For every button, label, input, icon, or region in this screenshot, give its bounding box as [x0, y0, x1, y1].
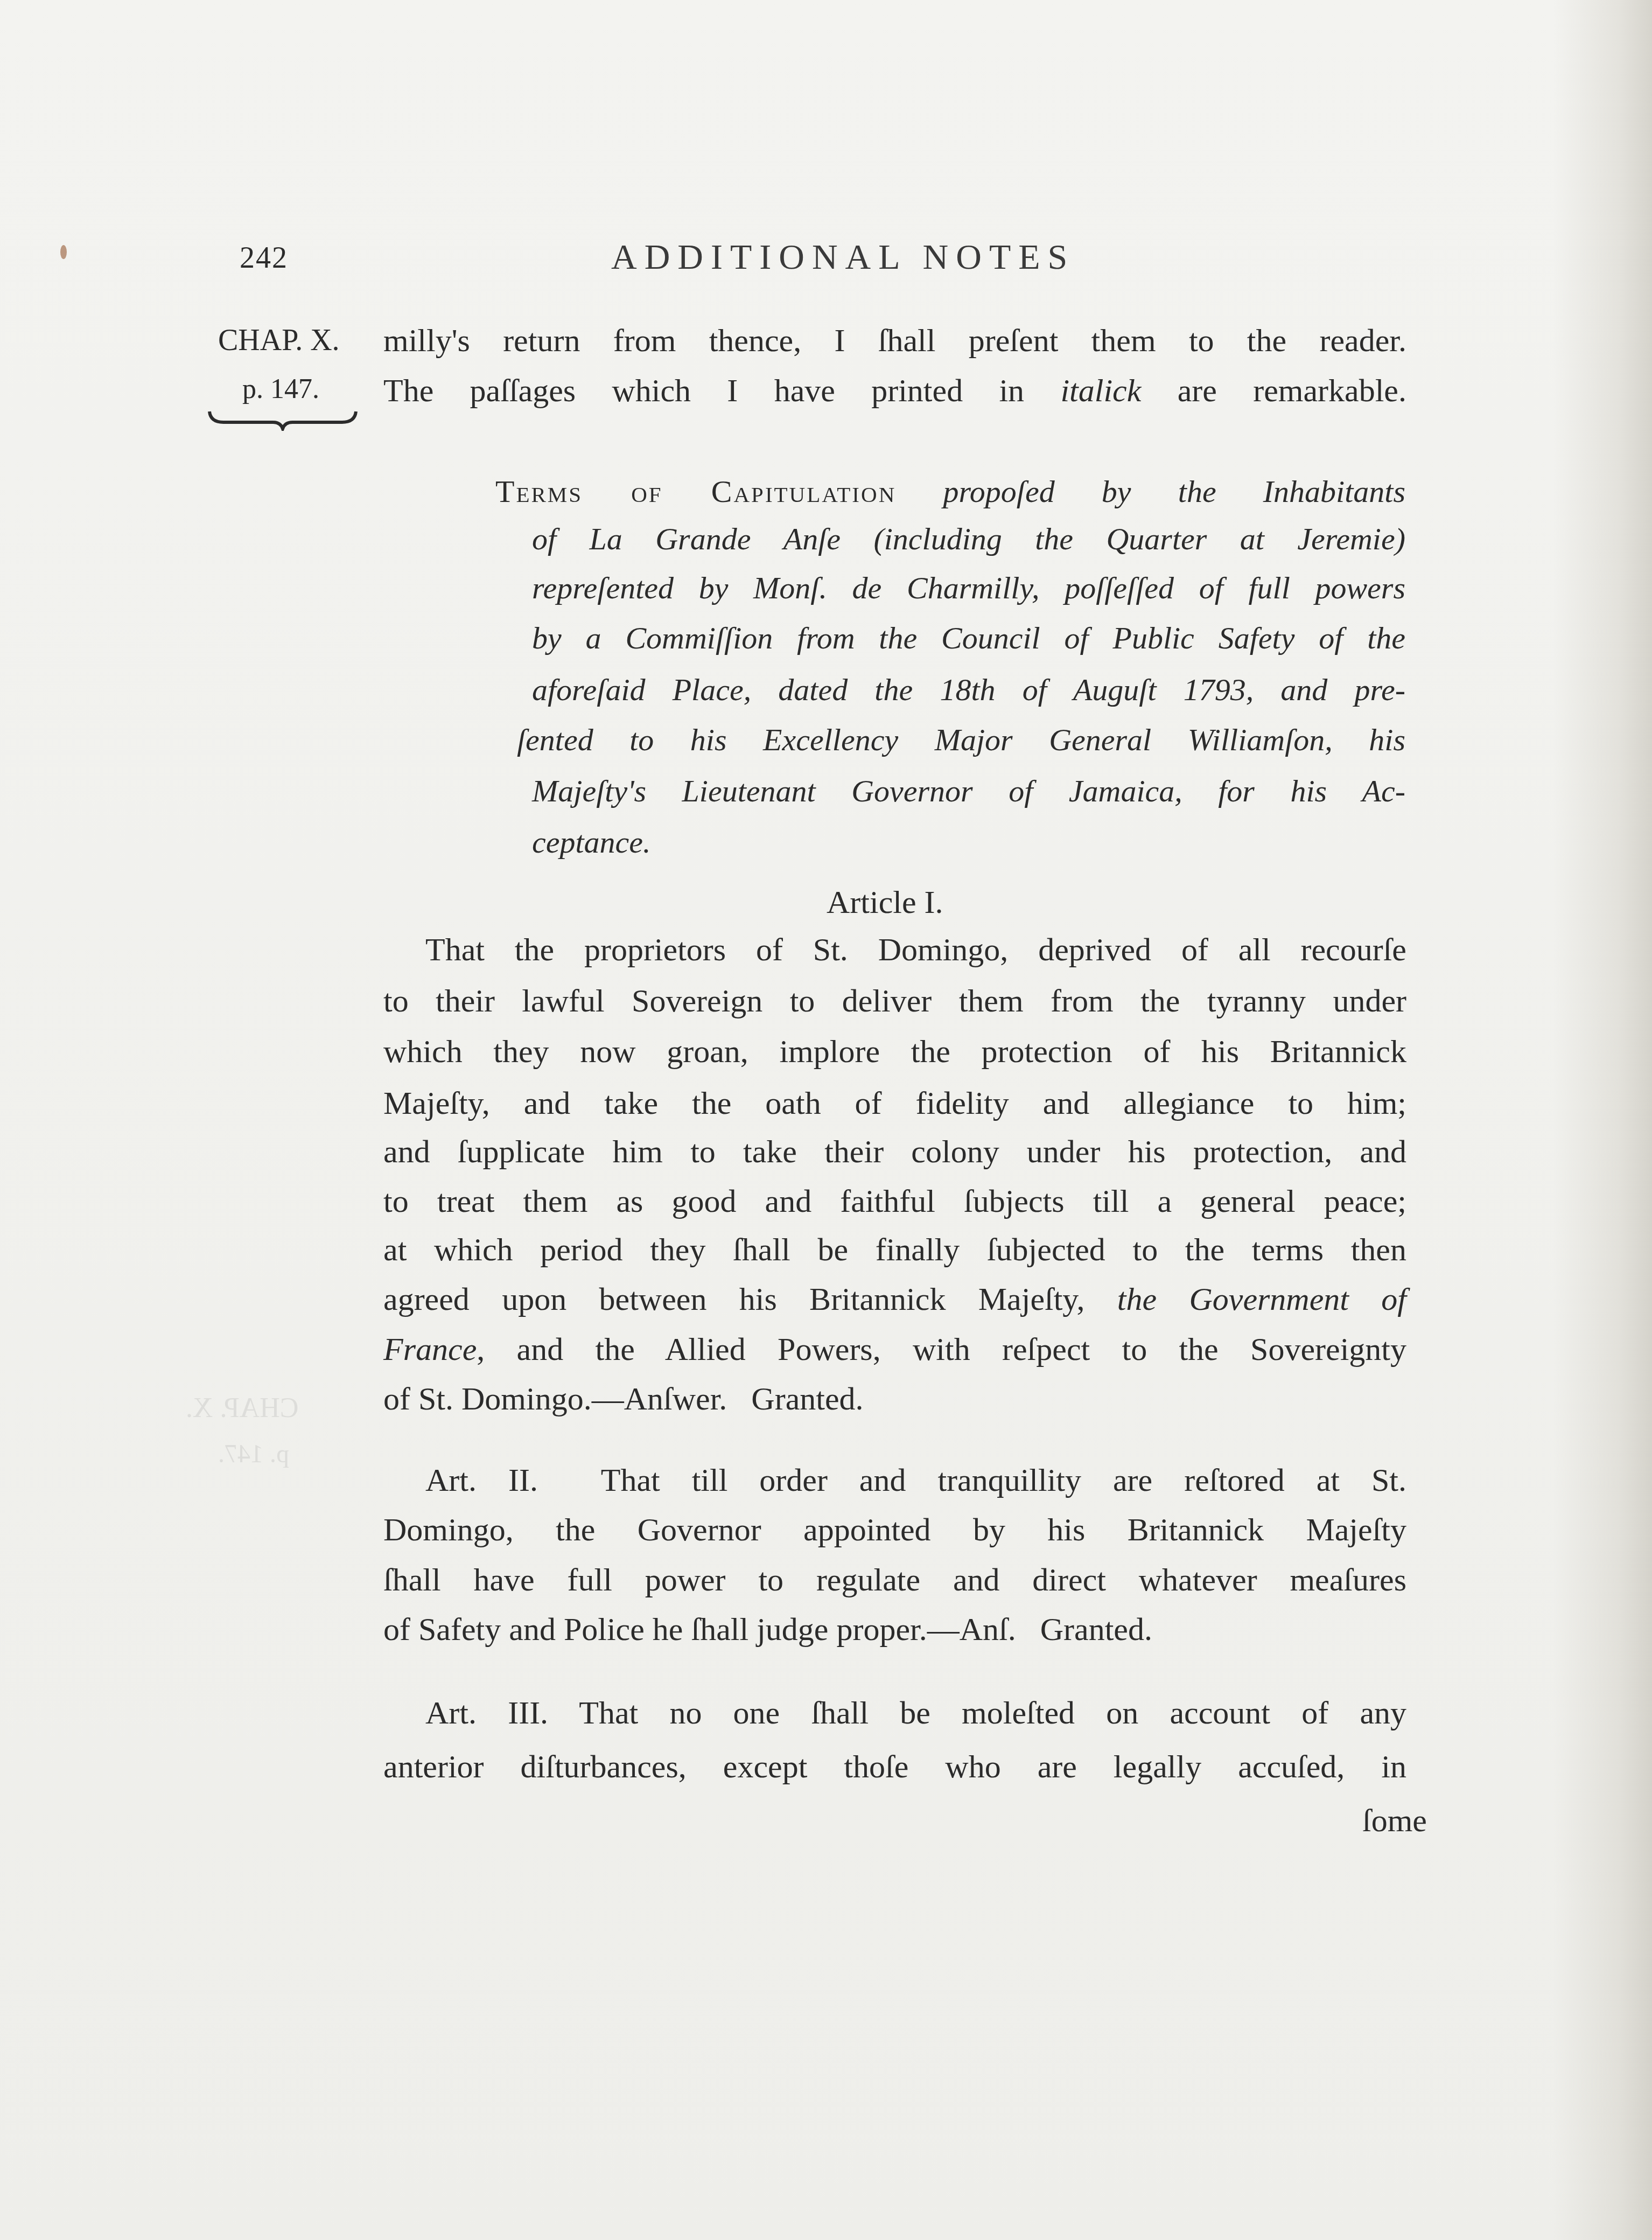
article-3-heading: Art. III.	[425, 1695, 548, 1730]
title-line-4: by a Commiſſion from the Council of Publ…	[532, 623, 1405, 654]
title-text: propoſed by the Inhabitants	[943, 474, 1405, 509]
italic-phrase: the Government of	[1117, 1281, 1406, 1317]
article-2-answer: of Safety and Police he ſhall judge prop…	[383, 1613, 1152, 1645]
article-text: agreed upon between his Britannick Majeſ…	[383, 1281, 1117, 1317]
running-title: ADDITIONAL NOTES	[611, 237, 1075, 278]
article-2-line: ſhall have full power to regulate and di…	[383, 1564, 1406, 1596]
article-1-line: France, and the Allied Powers, with reſp…	[383, 1333, 1406, 1365]
article-1-line: to their lawful Sovereign to deliver the…	[383, 985, 1406, 1017]
article-1-line: That the proprietors of St. Domingo, dep…	[425, 933, 1406, 966]
title-line-7: Majeſty's Lieutenant Governor of Jamaica…	[532, 776, 1405, 807]
article-1-line: agreed upon between his Britannick Majeſ…	[383, 1283, 1406, 1315]
article-text: That no one ſhall be moleſted on account…	[579, 1695, 1406, 1730]
article-2-line: Art. II. That till order and tranquillit…	[425, 1464, 1406, 1496]
intro-text: The paſſages which I have printed in	[383, 373, 1060, 408]
article-1-answer: of St. Domingo.—Anſwer. Granted.	[383, 1383, 864, 1415]
title-line-3: repreſented by Monſ. de Charmilly, poſſe…	[532, 573, 1405, 604]
article-text: That till order and tranquillity are reſ…	[601, 1462, 1406, 1498]
title-line-2: of La Grande Anſe (including the Quarter…	[532, 524, 1405, 555]
italic-word: italick	[1060, 373, 1141, 408]
article-1-line: to treat them as good and faithful ſubje…	[383, 1185, 1406, 1217]
terms-of-capitulation-heading: Terms of Capitulation	[495, 474, 896, 509]
article-3-line: anterior diſturbances, except thoſe who …	[383, 1750, 1406, 1783]
article-3-line: Art. III. That no one ſhall be moleſted …	[425, 1697, 1406, 1729]
article-1-line: and ſupplicate him to take their colony …	[383, 1135, 1406, 1168]
title-line-1: Terms of Capitulation propoſed by the In…	[495, 476, 1405, 507]
intro-line-1: milly's return from thence, I ſhall preſ…	[383, 324, 1406, 357]
intro-text: are remarkable.	[1141, 373, 1406, 408]
italic-phrase: France	[383, 1331, 477, 1367]
show-through-page-ref: p. 147.	[218, 1439, 289, 1469]
article-1-heading: Article I.	[827, 886, 943, 918]
article-1-line: which they now groan, implore the protec…	[383, 1035, 1406, 1067]
curly-brace-icon	[207, 409, 358, 431]
article-2-heading: Art. II.	[425, 1462, 538, 1498]
article-2-line: Domingo, the Governor appointed by his B…	[383, 1513, 1406, 1546]
title-line-5: aforeſaid Place, dated the 18th of Auguſ…	[532, 674, 1405, 706]
margin-chapter-label: CHAP. X.	[218, 323, 340, 358]
ink-stain	[60, 245, 67, 259]
page-number: 242	[240, 241, 288, 275]
article-1-line: at which period they ſhall be finally ſu…	[383, 1233, 1406, 1266]
article-1-line: Majeſty, and take the oath of fidelity a…	[383, 1087, 1406, 1119]
title-line-8: ceptance.	[532, 827, 1405, 858]
article-text: , and the Allied Powers, with reſpect to…	[477, 1331, 1406, 1367]
intro-line-2: The paſſages which I have printed in ita…	[383, 374, 1406, 407]
title-line-6: ſented to his Excellency Major General W…	[517, 724, 1405, 756]
show-through-chapter: CHAP. X.	[186, 1392, 299, 1424]
margin-page-reference: p. 147.	[242, 373, 319, 405]
catchword: ſome	[1362, 1802, 1427, 1839]
